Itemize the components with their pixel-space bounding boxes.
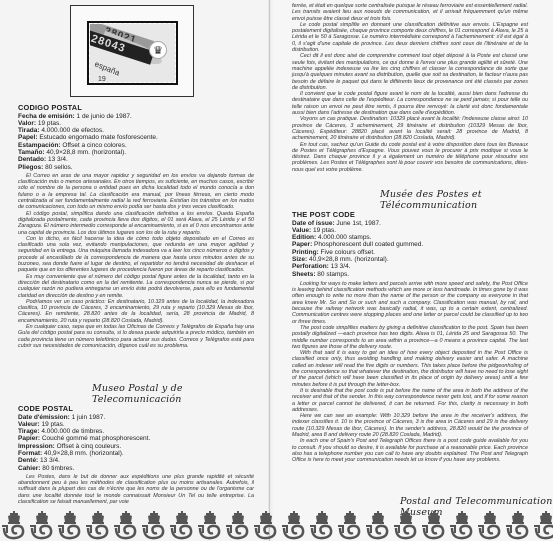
paragraph: It is desirable that the post code is pu… [292,388,528,413]
paragraph: Podríamos ver un caso práctico: En desti… [18,299,254,324]
french-title: CODE POSTAL [18,405,254,412]
spanish-section: CODIGO POSTAL Fecha de emisión: 1 de jun… [18,104,254,349]
crown-post-horn-icon [392,510,420,541]
spec-row: Valeur: 19 ptas. [18,421,254,428]
paragraph: Voyons un cas pratique. Destination: 103… [292,116,528,141]
spec-row: Papier: Couché gommé mat phosphorescent. [18,435,254,442]
paragraph: En tout cas, sachez qu'un Guide du code … [292,142,528,173]
left-page: 28021 28043 españa 19 ♛ CODIGO POSTAL Fe… [0,0,270,541]
spec-row: Impression: Offset à cinq couleurs. [18,443,254,450]
paragraph: Con lo dicho, es fácil hacerse la idea d… [18,236,254,274]
spec-row: Tirada: 4.000.000 de efectos. [18,127,254,134]
spec-row: Sheets: 80 stamps. [292,271,528,278]
french-section-continued: ferrée, et était en quelque sorte centra… [292,3,528,173]
crown-post-horn-icon [280,510,308,541]
spec-row: Tirage: 4.000.000 de timbres. [18,428,254,435]
right-page: ferrée, et était en quelque sorte centra… [270,0,553,541]
spec-row: Denté: 13 3/4. [18,457,254,464]
spanish-signature: Museo Postal y de Telecomunicación [92,383,269,405]
spanish-specs: Fecha de emisión: 1 de junio de 1987. Va… [18,113,254,171]
spec-row: Paper: Phosphorescent dull coated gummed… [292,241,528,248]
english-body: Looking for ways to make letters and par… [292,281,528,464]
paragraph: Looking for ways to make letters and par… [292,281,528,325]
crown-post-horn-icon [0,510,28,541]
paragraph: Il convient que le code postal figure av… [292,91,528,116]
spanish-title: CODIGO POSTAL [18,104,254,111]
crown-post-horn-icon [196,510,224,541]
french-specs: Date d'émission: 1 juin 1987. Valeur: 19… [18,414,254,472]
crown-post-horn-icon: ♛ [149,41,167,59]
decorative-border [0,510,553,541]
crown-post-horn-icon [504,510,532,541]
spec-row: Format: 40,9×28,8 mm. (horizontal). [18,450,254,457]
crown-post-horn-icon [308,510,336,541]
spec-row: Size: 40,9×28,8 mm. (horizontal). [292,256,528,263]
crown-post-horn-icon [476,510,504,541]
paragraph: Es muy conveniente que el número del cód… [18,274,254,299]
spec-row: Pliegos: 80 sellos. [18,164,254,171]
crown-post-horn-icon [252,510,280,541]
crown-post-horn-icon [532,510,553,541]
spec-row: Date of issue: June 1st, 1987. [292,220,528,227]
paragraph: Ceci dit il est donc aisé de comprendre … [292,53,528,91]
french-signature: Musée des Postes et Télécommunication [380,189,553,211]
crown-post-horn-icon [56,510,84,541]
english-specs: Date of issue: June 1st, 1987. Value: 19… [292,220,528,278]
spanish-body: El Correo en aras de una mayor rapidez y… [18,173,254,349]
paragraph: En cualquier caso, sepa que en todas las… [18,324,254,349]
document-spread: 28021 28043 españa 19 ♛ CODIGO POSTAL Fe… [0,0,553,541]
spec-row: Papel: Estucado engomado mate fosforesce… [18,134,254,141]
paragraph: ferrée, et était en quelque sorte centra… [292,3,528,22]
french-section: CODE POSTAL Date d'émission: 1 juin 1987… [18,405,254,505]
spec-row: Value: 19 ptas. [292,227,528,234]
crown-post-horn-icon [168,510,196,541]
spec-row: Tamaño: 40,9×28,8 mm. (horizontal). [18,149,254,156]
french-body-left: Les Postes, dans le but de donner aux ex… [18,474,254,505]
stamp-country: españa [93,59,121,77]
crown-post-horn-icon [448,510,476,541]
crown-post-horn-icon [112,510,140,541]
spec-row: Edition: 4.000.000 stamps. [292,234,528,241]
stamp-value: 19 [98,76,106,83]
spec-row: Estampación: Offset a cinco colores. [18,142,254,149]
crown-post-horn-icon [28,510,56,541]
stamp-image-frame: 28021 28043 españa 19 ♛ [70,5,194,97]
crown-post-horn-icon [140,510,168,541]
paragraph: El Correo en aras de una mayor rapidez y… [18,173,254,211]
french-body-right: ferrée, et était en quelque sorte centra… [292,3,528,173]
paragraph: Les Postes, dans le but de donner aux ex… [18,474,254,505]
stamp-image: 28021 28043 españa 19 ♛ [87,21,178,85]
paragraph: In each one of Spain's Post and Telegrap… [292,438,528,463]
crown-post-horn-icon [364,510,392,541]
spec-row: Date d'émission: 1 juin 1987. [18,414,254,421]
paragraph: El código postal, simplifica dando una c… [18,211,254,236]
paragraph: Here we can see an example: With 10.329 … [292,413,528,438]
paragraph: Le code postal simplifie en donnant une … [292,22,528,53]
spec-row: Cahier: 80 timbres. [18,465,254,472]
crown-post-horn-icon [84,510,112,541]
paragraph: With that said it is easy to get an idea… [292,350,528,388]
crown-post-horn-icon [336,510,364,541]
spec-row: Dentado: 13 3/4. [18,156,254,163]
spec-row: Printing: Five colours offset. [292,249,528,256]
page-gutter [268,0,274,541]
spec-row: Perforation: 13 3/4. [292,263,528,270]
spec-row: Valor: 19 ptas. [18,120,254,127]
spec-row: Fecha de emisión: 1 de junio de 1987. [18,113,254,120]
english-title: THE POST CODE [292,211,528,218]
english-section: THE POST CODE Date of issue: June 1st, 1… [292,211,528,463]
paragraph: The post code simplifies matters by givi… [292,325,528,350]
crown-post-horn-icon [420,510,448,541]
crown-post-horn-icon [224,510,252,541]
